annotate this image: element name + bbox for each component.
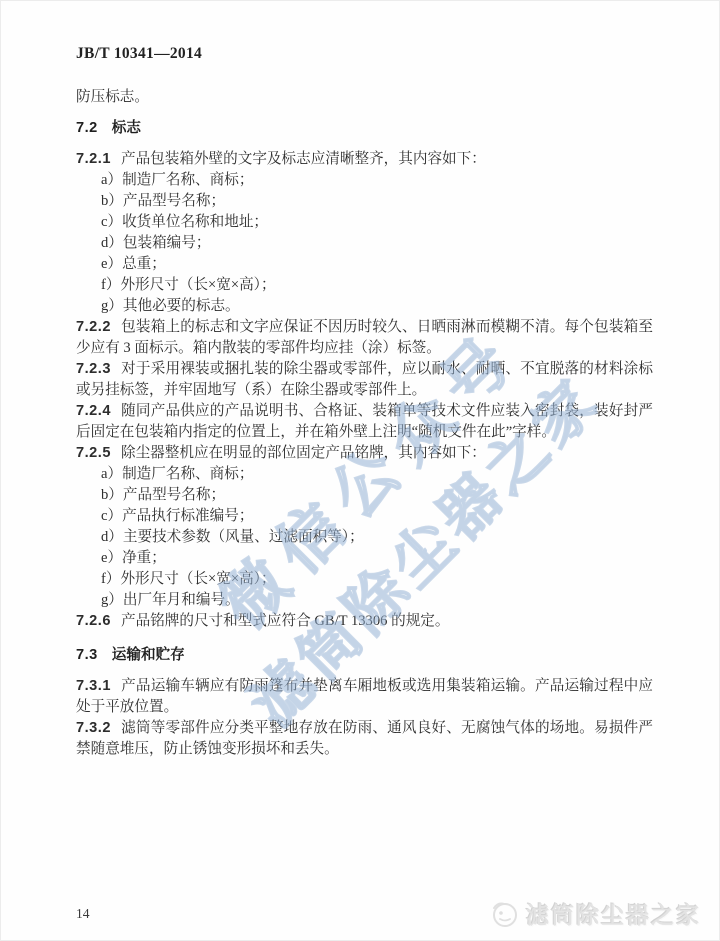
clause-number: 7.3.2 <box>76 720 111 736</box>
clause-text: 对于采用裸装或捆扎装的除尘器或零部件，应以耐水、耐晒、不宜脱落的材料涂标或另挂标… <box>76 361 653 398</box>
list-item: f）外形尺寸（长×宽×高）； <box>76 569 653 590</box>
page-number: 14 <box>76 906 90 922</box>
clause-number: 7.3.1 <box>76 678 111 694</box>
footer-logo: 滤筒除尘器之家 <box>488 897 701 930</box>
list-item: c）收货单位名称和地址； <box>76 212 653 233</box>
list-item: d）主要技术参数（风量、过滤面积等）； <box>76 527 653 548</box>
clause-7-2-4: 7.2.4随同产品供应的产品说明书、合格证、装箱单等技术文件应装入密封袋，装好封… <box>76 401 653 443</box>
list-item: e）总重； <box>76 254 653 275</box>
clause-7-2-3: 7.2.3对于采用裸装或捆扎装的除尘器或零部件，应以耐水、耐晒、不宜脱落的材料涂… <box>76 359 653 401</box>
list-item: f）外形尺寸（长×宽×高）； <box>76 275 653 296</box>
standard-number-header: JB/T 10341—2014 <box>76 45 653 63</box>
clause-number: 7.2.5 <box>76 445 111 461</box>
list-item: b）产品型号名称； <box>76 485 653 506</box>
clause-7-2-5: 7.2.5除尘器整机应在明显的部位固定产品铭牌，其内容如下： <box>76 443 653 464</box>
footer-logo-text: 滤筒除尘器之家 <box>526 897 701 930</box>
section-heading-7-2: 7.2标志 <box>76 118 653 139</box>
clause-text: 产品包装箱外壁的文字及标志应清晰整齐，其内容如下： <box>121 151 486 167</box>
section-number: 7.3 <box>76 647 98 663</box>
section-title: 运输和贮存 <box>112 647 185 663</box>
list-item: a）制造厂名称、商标； <box>76 464 653 485</box>
clause-number: 7.2.1 <box>76 151 111 167</box>
clause-text: 产品铭牌的尺寸和型式应符合 GB/T 13306 的规定。 <box>121 613 450 629</box>
clause-7-2-1: 7.2.1产品包装箱外壁的文字及标志应清晰整齐，其内容如下： <box>76 149 653 170</box>
section-number: 7.2 <box>76 120 98 136</box>
clause-number: 7.2.2 <box>76 319 111 335</box>
clause-7-3-2: 7.3.2滤筒等零部件应分类平整地存放在防雨、通风良好、无腐蚀气体的场地。易损件… <box>76 718 653 760</box>
list-item: b）产品型号名称； <box>76 191 653 212</box>
list-item: e）净重； <box>76 548 653 569</box>
clause-7-3-1: 7.3.1产品运输车辆应有防雨篷布并垫离车厢地板或选用集装箱运输。产品运输过程中… <box>76 676 653 718</box>
clause-text: 包装箱上的标志和文字应保证不因历时较久、日晒雨淋而模糊不清。每个包装箱至少应有 … <box>76 319 653 356</box>
clause-text: 滤筒等零部件应分类平整地存放在防雨、通风良好、无腐蚀气体的场地。易损件严禁随意堆… <box>76 720 653 757</box>
clause-number: 7.2.4 <box>76 403 111 419</box>
document-page: 微信公众号 滤筒除尘器之家 JB/T 10341—2014 防压标志。 7.2标… <box>0 0 720 941</box>
list-item: a）制造厂名称、商标； <box>76 170 653 191</box>
clause-text: 除尘器整机应在明显的部位固定产品铭牌，其内容如下： <box>121 445 486 461</box>
clause-7-2-2: 7.2.2包装箱上的标志和文字应保证不因历时较久、日晒雨淋而模糊不清。每个包装箱… <box>76 317 653 359</box>
clause-7-2-6: 7.2.6产品铭牌的尺寸和型式应符合 GB/T 13306 的规定。 <box>76 611 653 632</box>
list-item: c）产品执行标准编号； <box>76 506 653 527</box>
clause-text: 随同产品供应的产品说明书、合格证、装箱单等技术文件应装入密封袋，装好封严后固定在… <box>76 403 653 440</box>
clause-number: 7.2.6 <box>76 613 111 629</box>
clause-text: 产品运输车辆应有防雨篷布并垫离车厢地板或选用集装箱运输。产品运输过程中应处于平放… <box>76 678 653 715</box>
clause-number: 7.2.3 <box>76 361 111 377</box>
list-item: d）包装箱编号； <box>76 233 653 254</box>
section-title: 标志 <box>112 120 141 136</box>
document-content: JB/T 10341—2014 防压标志。 7.2标志 7.2.1产品包装箱外壁… <box>76 45 653 760</box>
section-heading-7-3: 7.3运输和贮存 <box>76 645 653 666</box>
list-item: g）出厂年月和编号。 <box>76 590 653 611</box>
intro-paragraph: 防压标志。 <box>76 87 653 108</box>
list-item: g）其他必要的标志。 <box>76 296 653 317</box>
brand-mascot-icon <box>488 898 520 930</box>
